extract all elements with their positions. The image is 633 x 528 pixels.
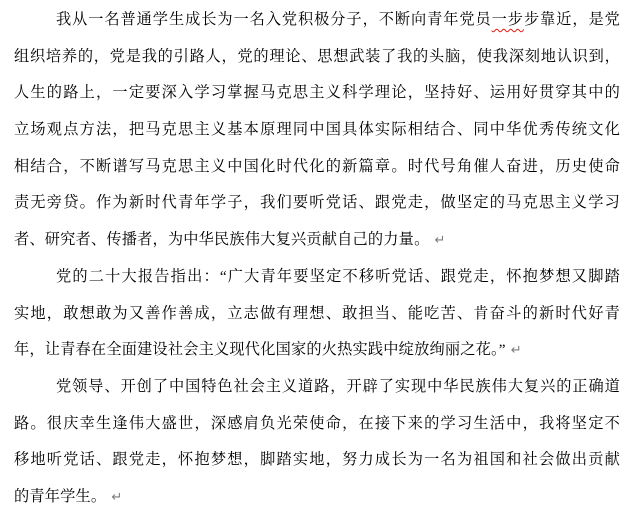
text-line[interactable]: 立场观点方法，把马克思主义基本原理同中国具体实际相结合、同中华优秀传统文化 [14, 112, 620, 149]
text-line[interactable]: 责无旁贷。作为新时代青年学子，我们要听党话、跟党走，做坚定的马克思主义学习 [14, 185, 620, 222]
text-run: 相结合，不断谱写马克思主义中国化时代化的新篇章。时代号角催人奋进，历史使命 [14, 158, 620, 175]
text-run: 的青年学生。 [14, 488, 106, 505]
text-line[interactable]: 年，让青春在全面建设社会主义现代化国家的火热实践中绽放绚丽之花。”↵ [14, 332, 620, 369]
paragraph-mark-icon: ↵ [506, 343, 522, 358]
text-line[interactable]: 我从一名普通学生成长为一名入党积极分子，不断向青年党员一步步靠近，是党 [14, 2, 620, 39]
text-line[interactable]: 者、研究者、传播者，为中华民族伟大复兴贡献自己的力量。↵ [14, 222, 620, 259]
paragraph: 我从一名普通学生成长为一名入党积极分子，不断向青年党员一步步靠近，是党组织培养的… [14, 2, 620, 259]
text-run: 者、研究者、传播者，为中华民族伟大复兴贡献自己的力量。 [14, 231, 429, 248]
text-run: 步靠近，是党 [524, 11, 620, 28]
paragraph-mark-icon: ↵ [429, 233, 445, 248]
text-run: 路。很庆幸生逢伟大盛世，深感肩负光荣使命，在接下来的学习生活中，我将坚定不 [14, 415, 620, 432]
text-run: 实地，敢想敢为又善作善成，立志做有理想、敢担当、能吃苦、肯奋斗的新时代好青 [14, 305, 620, 322]
paragraph: 党的二十大报告指出：“广大青年要坚定不移听党话、跟党走，怀抱梦想又脚踏实地，敢想… [14, 259, 620, 369]
text-run: 移地听党话、跟党走，怀抱梦想，脚踏实地，努力成长为一名为祖国和社会做出贡献 [14, 451, 620, 468]
text-run: 立场观点方法，把马克思主义基本原理同中国具体实际相结合、同中华优秀传统文化 [14, 121, 620, 138]
text-line[interactable]: 相结合，不断谱写马克思主义中国化时代化的新篇章。时代号角催人奋进，历史使命 [14, 149, 620, 186]
text-line[interactable]: 人生的路上，一定要深入学习掌握马克思主义科学理论，坚持好、运用好贯穿其中的 [14, 75, 620, 112]
text-run: 年，让青春在全面建设社会主义现代化国家的火热实践中绽放绚丽之花。” [14, 341, 506, 358]
text-line[interactable]: 党领导、开创了中国特色社会主义道路，开辟了实现中华民族伟大复兴的正确道 [14, 369, 620, 406]
document-text: 我从一名普通学生成长为一名入党积极分子，不断向青年党员一步步靠近，是党组织培养的… [14, 2, 620, 516]
text-line[interactable]: 移地听党话、跟党走，怀抱梦想，脚踏实地，努力成长为一名为祖国和社会做出贡献 [14, 442, 620, 479]
text-run: 党领导、开创了中国特色社会主义道路，开辟了实现中华民族伟大复兴的正确道 [56, 378, 620, 395]
text-run: 人生的路上，一定要深入学习掌握马克思主义科学理论，坚持好、运用好贯穿其中的 [14, 84, 620, 101]
spellcheck-flagged-text: 一步 [492, 11, 524, 28]
text-line[interactable]: 组织培养的，党是我的引路人，党的理论、思想武装了我的头脑，使我深刻地认识到， [14, 39, 620, 76]
text-run: 责无旁贷。作为新时代青年学子，我们要听党话、跟党走，做坚定的马克思主义学习 [14, 194, 620, 211]
paragraph: 党领导、开创了中国特色社会主义道路，开辟了实现中华民族伟大复兴的正确道路。很庆幸… [14, 369, 620, 516]
text-line[interactable]: 路。很庆幸生逢伟大盛世，深感肩负光荣使命，在接下来的学习生活中，我将坚定不 [14, 406, 620, 443]
text-line[interactable]: 实地，敢想敢为又善作善成，立志做有理想、敢担当、能吃苦、肯奋斗的新时代好青 [14, 296, 620, 333]
text-run: 组织培养的，党是我的引路人，党的理论、思想武装了我的头脑，使我深刻地认识到， [14, 48, 620, 65]
paragraph-mark-icon: ↵ [106, 490, 122, 505]
document-page[interactable]: 我从一名普通学生成长为一名入党积极分子，不断向青年党员一步步靠近，是党组织培养的… [0, 0, 633, 528]
text-line[interactable]: 党的二十大报告指出：“广大青年要坚定不移听党话、跟党走，怀抱梦想又脚踏 [14, 259, 620, 296]
text-run: 党的二十大报告指出：“广大青年要坚定不移听党话、跟党走，怀抱梦想又脚踏 [56, 268, 620, 285]
text-run: 我从一名普通学生成长为一名入党积极分子，不断向青年党员 [56, 11, 492, 28]
text-line[interactable]: 的青年学生。↵ [14, 479, 620, 516]
